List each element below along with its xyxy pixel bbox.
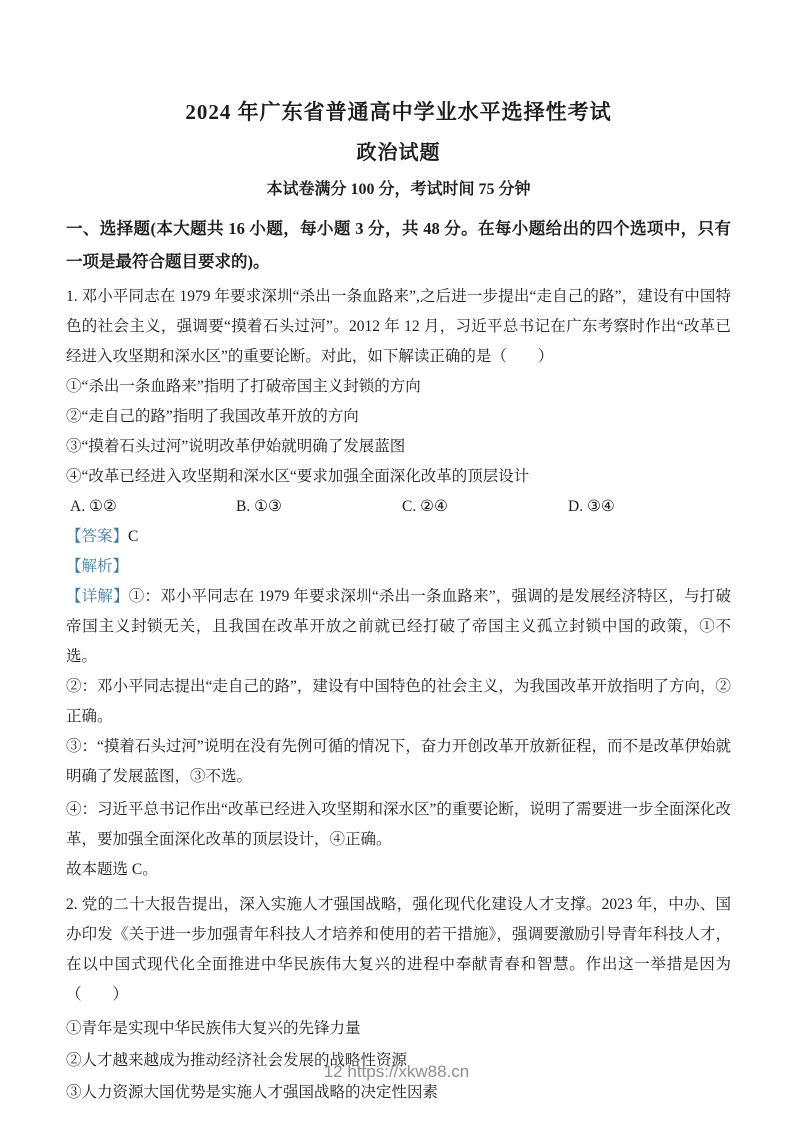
answer-line: 【答案】C: [66, 522, 731, 552]
detail-paragraph-2: ②：邓小平同志提出“走自己的路”，建设有中国特色的社会主义，为我国改革开放指明了…: [66, 672, 731, 732]
choice-c: C. ②④: [398, 492, 564, 522]
choice-d: D. ③④: [564, 492, 730, 522]
document-subtitle: 政治试题: [66, 139, 731, 168]
question-1-stem: 1. 邓小平同志在 1979 年要求深圳“杀出一条血路来”,之后进一步提出“走自…: [66, 282, 731, 372]
exam-page: 2024 年广东省普通高中学业水平选择性考试 政治试题 本试卷满分 100 分，…: [0, 0, 793, 1109]
question-2-item-1: ①青年是实现中华民族伟大复兴的先锋力量: [66, 1013, 731, 1045]
question-1-conclusion: 故本题选 C。: [66, 855, 731, 885]
choice-b: B. ①③: [232, 492, 398, 522]
answer-value: C: [128, 528, 138, 545]
section-header: 一、选择题(本大题共 16 小题，每小题 3 分，共 48 分。在每小题给出的四…: [66, 212, 731, 278]
question-1-choices: A. ①② B. ①③ C. ②④ D. ③④: [66, 492, 731, 522]
document-title: 2024 年广东省普通高中学业水平选择性考试: [66, 97, 731, 127]
analysis-label: 【解析】: [66, 558, 128, 575]
choice-a: A. ①②: [66, 492, 232, 522]
question-2-stem: 2. 党的二十大报告提出，深入实施人才强国战略，强化现代化建设人才支撑。2023…: [66, 890, 731, 1010]
question-1-item-2: ②“走自己的路”指明了我国改革开放的方向: [66, 402, 731, 432]
answer-label: 【答案】: [66, 528, 128, 545]
detail-paragraph-3: ③：“摸着石头过河”说明在没有先例可循的情况下，奋力开创改革开放新征程，而不是改…: [66, 732, 731, 792]
exam-info-line: 本试卷满分 100 分，考试时间 75 分钟: [66, 178, 731, 201]
detail-text-1: ①：邓小平同志在 1979 年要求深圳“杀出一条血路来”，强调的是发展经济特区，…: [66, 588, 731, 665]
detail-paragraph-1: 【详解】①：邓小平同志在 1979 年要求深圳“杀出一条血路来”，强调的是发展经…: [66, 582, 731, 672]
question-1: 1. 邓小平同志在 1979 年要求深圳“杀出一条血路来”,之后进一步提出“走自…: [66, 282, 731, 885]
watermark-link[interactable]: https://xkw88.cn: [347, 1062, 469, 1081]
page-number: 12: [324, 1062, 343, 1081]
question-1-item-4: ④“改革已经进入攻坚期和深水区“要求加强全面深化改革的顶层设计: [66, 462, 731, 492]
page-footer: 12 https://xkw88.cn: [0, 1062, 793, 1082]
question-1-item-3: ③“摸着石头过河”说明改革伊始就明确了发展蓝图: [66, 432, 731, 462]
question-2-items: ①青年是实现中华民族伟大复兴的先锋力量 ②人才越来越成为推动经济社会发展的战略性…: [66, 1013, 731, 1109]
detail-paragraph-4: ④：习近平总书记作出“改革已经进入攻坚期和深水区”的重要论断，说明了需要进一步全…: [66, 795, 731, 855]
question-1-item-1: ①“杀出一条血路来”指明了打破帝国主义封锁的方向: [66, 372, 731, 402]
analysis-line: 【解析】: [66, 552, 731, 582]
detail-label: 【详解】: [66, 588, 129, 605]
